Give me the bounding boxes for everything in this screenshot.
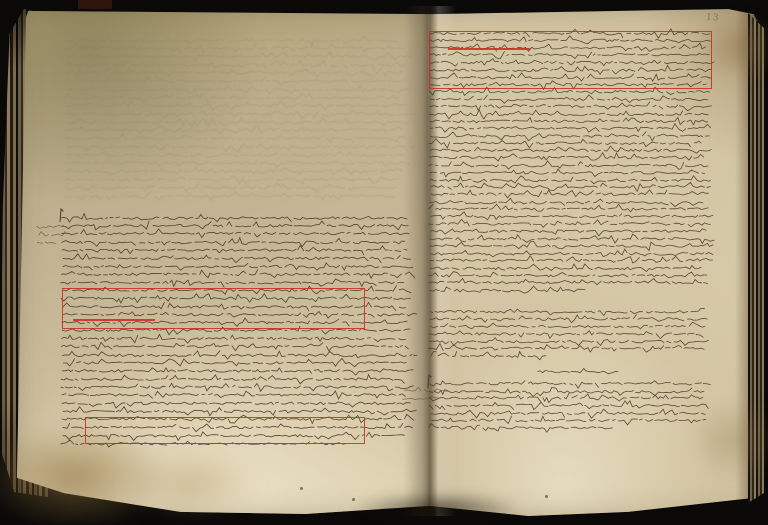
binding-sliver [78, 0, 112, 9]
speck [352, 498, 355, 501]
speck [300, 487, 303, 490]
folio-number: 13 [706, 13, 720, 24]
right-page [428, 6, 762, 518]
manuscript-photo: 13 [0, 0, 768, 525]
book-page-edges-right [748, 8, 764, 508]
bottom-fold-shadow [352, 492, 522, 525]
left-page [14, 8, 430, 516]
speck [545, 495, 548, 498]
